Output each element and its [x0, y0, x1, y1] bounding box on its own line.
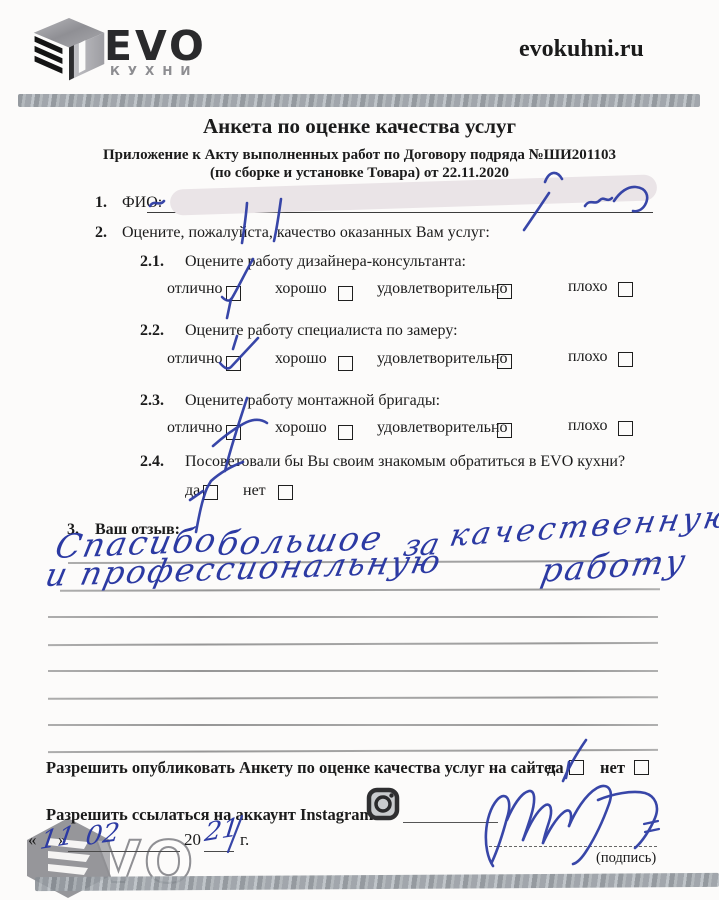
review-line[interactable]: [48, 616, 658, 618]
review-line[interactable]: [48, 642, 658, 646]
instagram-icon: [365, 786, 401, 822]
q22-option-good-label: хорошо: [275, 350, 327, 368]
q23-checkbox-bad[interactable]: [618, 421, 633, 436]
q23-option-excellent-label: отлично: [167, 419, 223, 437]
signature-line[interactable]: [489, 846, 657, 847]
q22-checkbox-bad[interactable]: [618, 352, 633, 367]
review-line[interactable]: [48, 749, 658, 753]
q23-checkbox-excellent[interactable]: [226, 425, 241, 440]
q23-label: Оцените работу монтажной бригады:: [185, 392, 440, 410]
q22-checkbox-excellent[interactable]: [226, 356, 241, 371]
date-open-quote: «: [28, 830, 37, 850]
form-subtitle-line1: Приложение к Акту выполненных работ по Д…: [0, 147, 719, 164]
instagram-answer-line[interactable]: [403, 822, 498, 823]
q23-option-satisfactory-label: удовлетворительно: [377, 419, 508, 437]
q22-checkbox-good[interactable]: [338, 356, 353, 371]
q22-option-satisfactory-label: удовлетворительно: [377, 350, 508, 368]
q1-number: 1.: [95, 194, 107, 212]
q22-option-excellent-label: отлично: [167, 350, 223, 368]
q24-label: Посоветовали бы Вы своим знакомым обрати…: [185, 453, 625, 471]
q22-label: Оцените работу специалиста по замеру:: [185, 322, 458, 340]
q21-checkbox-satisfactory[interactable]: [497, 284, 512, 299]
q21-number: 2.1.: [140, 253, 164, 271]
date-year-line[interactable]: [204, 851, 234, 852]
evo-cube-logo-icon: [28, 14, 110, 86]
q24-checkbox-yes[interactable]: [203, 485, 218, 500]
publish-yes-label: да: [547, 758, 564, 778]
review-line[interactable]: [48, 696, 658, 700]
q21-checkbox-bad[interactable]: [618, 282, 633, 297]
q21-checkbox-good[interactable]: [338, 286, 353, 301]
q23-number: 2.3.: [140, 392, 164, 410]
q1-label: ФИО:: [122, 194, 162, 212]
q24-number: 2.4.: [140, 453, 164, 471]
q21-option-bad-label: плохо: [568, 278, 608, 296]
website-text: evokuhni.ru: [519, 36, 644, 63]
handwritten-date-month: 02: [84, 818, 121, 852]
q2-label: Оцените, пожалуйста, качество оказанных …: [122, 224, 490, 242]
signature-caption: (подпись): [596, 850, 656, 867]
q24-option-yes-label: да: [185, 482, 200, 500]
q24-option-no-label: нет: [243, 482, 266, 500]
q21-option-good-label: хорошо: [275, 280, 327, 298]
q21-checkbox-excellent[interactable]: [226, 286, 241, 301]
form-title: Анкета по оценке качества услуг: [0, 114, 719, 139]
q24-checkbox-no[interactable]: [278, 485, 293, 500]
publish-checkbox-no[interactable]: [634, 760, 649, 775]
publish-consent-label: Разрешить опубликовать Анкету по оценке …: [46, 758, 557, 778]
q22-number: 2.2.: [140, 322, 164, 340]
logo-text: EVO: [104, 22, 207, 70]
q23-checkbox-satisfactory[interactable]: [497, 423, 512, 438]
review-line[interactable]: [48, 670, 658, 672]
publish-no-label: нет: [600, 758, 625, 778]
q22-checkbox-satisfactory[interactable]: [497, 354, 512, 369]
date-suffix: г.: [240, 830, 249, 850]
q23-option-good-label: хорошо: [275, 419, 327, 437]
q21-label: Оцените работу дизайнера-консультанта:: [185, 253, 466, 271]
q23-option-bad-label: плохо: [568, 417, 608, 435]
logo-subtext: КУХНИ: [110, 64, 198, 78]
header-divider-bar: [18, 94, 700, 107]
q21-option-excellent-label: отлично: [167, 280, 223, 298]
q23-checkbox-good[interactable]: [338, 425, 353, 440]
handwritten-review-word: работу: [538, 541, 690, 590]
q2-number: 2.: [95, 224, 107, 242]
publish-checkbox-yes[interactable]: [569, 760, 584, 775]
q22-option-bad-label: плохо: [568, 348, 608, 366]
date-year-prefix: 20: [184, 830, 201, 850]
footer-divider-bar: [35, 873, 719, 891]
q21-option-satisfactory-label: удовлетворительно: [377, 280, 508, 298]
scanned-form-page: VO EVO КУХНИ evokuhni.ru Анкета по оценк…: [0, 0, 719, 900]
review-line[interactable]: [48, 724, 658, 726]
